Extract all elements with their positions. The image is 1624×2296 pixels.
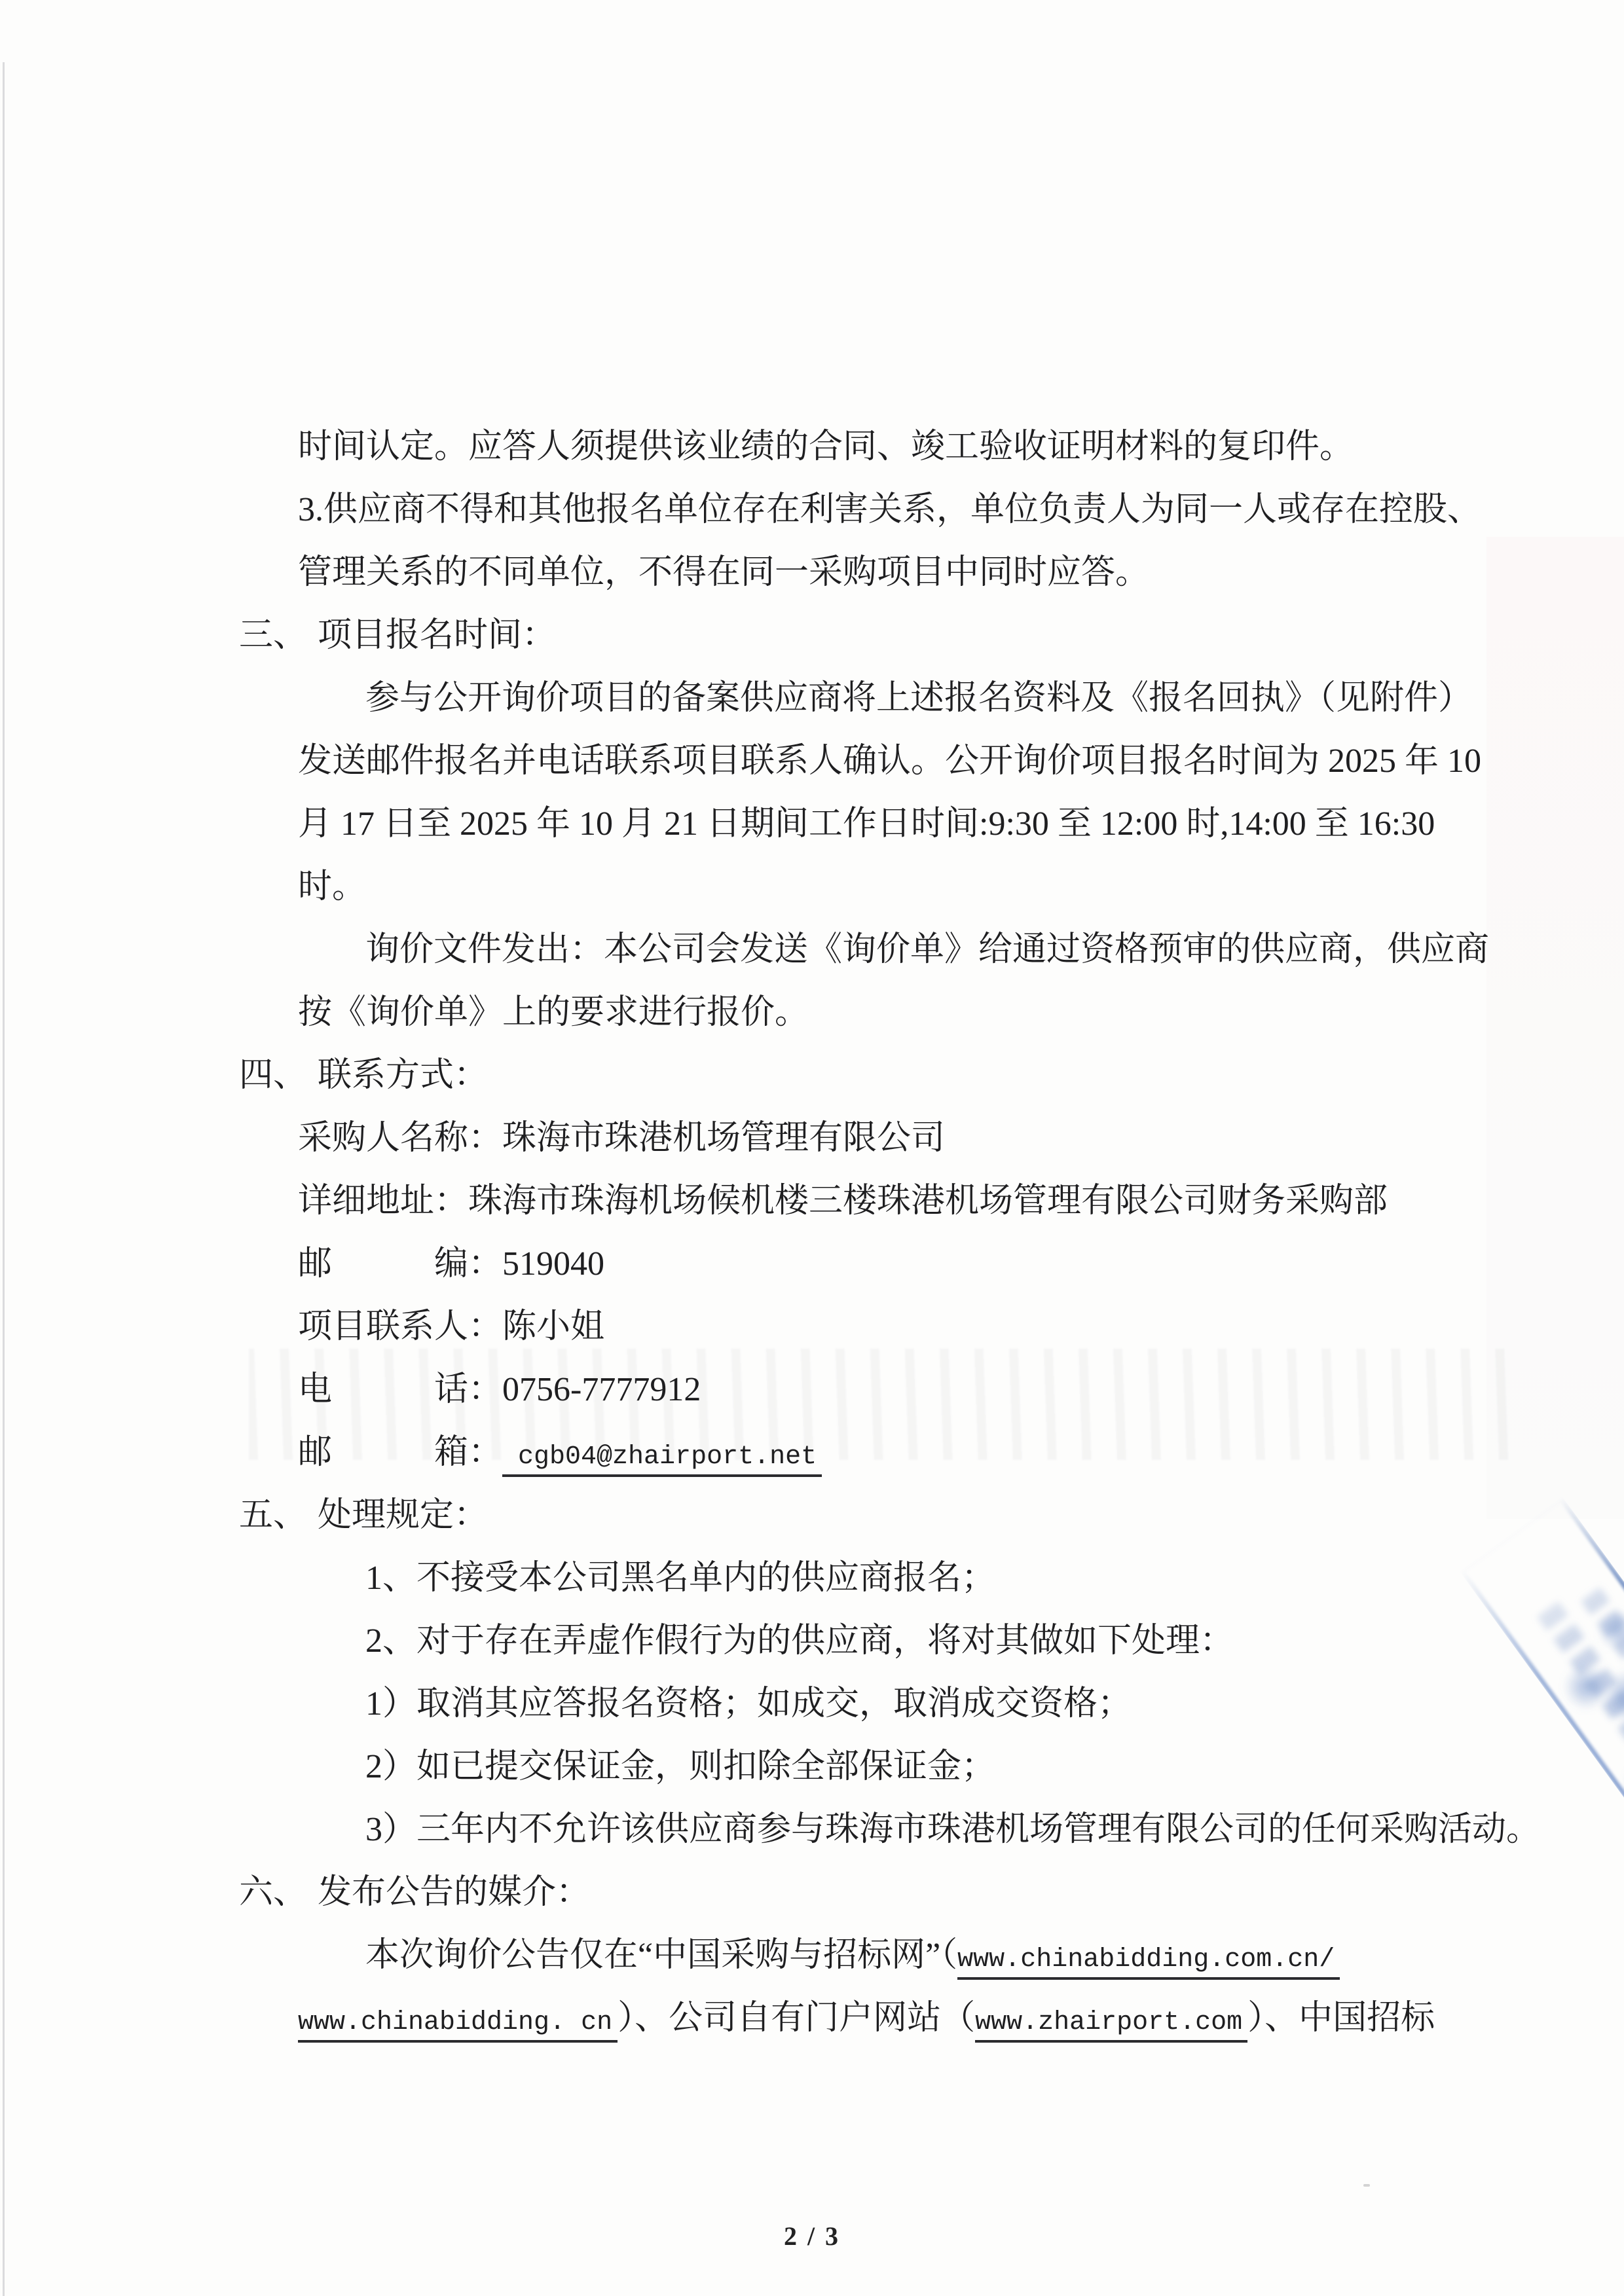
scanned-document-page: 时间认定。应答人须提供该业绩的合同、竣工验收证明材料的复印件。3.供应商不得和其… bbox=[0, 0, 1624, 2296]
text-run: 2）如已提交保证金，则扣除全部保证金； bbox=[365, 1748, 995, 1785]
text-run: 项目联系人：陈小姐 bbox=[298, 1308, 604, 1345]
document-text: 时间认定。应答人须提供该业绩的合同、竣工验收证明材料的复印件。3.供应商不得和其… bbox=[0, 416, 1624, 2050]
doc-line: 2、对于存在弄虚作假行为的供应商，将对其做如下处理： bbox=[0, 1610, 1624, 1673]
text-run: 详细地址：珠海市珠海机场候机楼三楼珠港机场管理有限公司财务采购部 bbox=[298, 1182, 1388, 1220]
text-run: 电 话：0756-7777912 bbox=[298, 1371, 701, 1408]
doc-line: 采购人名称：珠海市珠港机场管理有限公司 bbox=[0, 1107, 1624, 1170]
text-run: 采购人名称：珠海市珠港机场管理有限公司 bbox=[298, 1120, 945, 1157]
section-heading-line: 五、处理规定： bbox=[0, 1484, 1624, 1547]
doc-line: www.chinabidding. cn）、公司自有门户网站（www.zhair… bbox=[0, 1987, 1624, 2050]
page-number: 2 / 3 bbox=[0, 2221, 1624, 2251]
section-number: 五、 bbox=[239, 1497, 307, 1534]
doc-line: 询价文件发出：本公司会发送《询价单》给通过资格预审的供应商，供应商 bbox=[0, 919, 1624, 981]
text-run: 按《询价单》上的要求进行报价。 bbox=[298, 994, 809, 1031]
text-run: 本次询价公告仅在“中国采购与招标网”（ bbox=[365, 1937, 957, 1974]
underlined-url-text: www.chinabidding.com.cn/ bbox=[957, 1945, 1340, 1980]
doc-line: 详细地址：珠海市珠海机场候机楼三楼珠港机场管理有限公司财务采购部 bbox=[0, 1170, 1624, 1233]
doc-line: 发送邮件报名并电话联系项目联系人确认。公开询价项目报名时间为 2025 年 10 bbox=[0, 730, 1624, 793]
text-run: 联系方式： bbox=[318, 1057, 488, 1094]
doc-line: 按《询价单》上的要求进行报价。 bbox=[0, 981, 1624, 1044]
text-run: 3）三年内不允许该供应商参与珠海市珠港机场管理有限公司的任何采购活动。 bbox=[365, 1811, 1540, 1848]
doc-line: 时。 bbox=[0, 856, 1624, 919]
text-run: 发送邮件报名并电话联系项目联系人确认。公开询价项目报名时间为 2025 年 10 bbox=[298, 742, 1481, 780]
doc-line: 邮 箱： cgb04@zhairport.net bbox=[0, 1421, 1624, 1484]
text-run: 时间认定。应答人须提供该业绩的合同、竣工验收证明材料的复印件。 bbox=[298, 428, 1354, 465]
section-heading-line: 三、项目报名时间： bbox=[0, 604, 1624, 667]
text-run: 邮 箱： bbox=[298, 1434, 502, 1471]
scan-speck bbox=[1363, 2184, 1370, 2187]
underlined-url-text: www.chinabidding. cn bbox=[298, 2008, 618, 2043]
underlined-url-text: www.zhairport.com bbox=[975, 2008, 1247, 2043]
text-run: 3.供应商不得和其他报名单位存在利害关系，单位负责人为同一人或存在控股、 bbox=[298, 491, 1481, 528]
section-number: 四、 bbox=[239, 1057, 307, 1094]
text-run: 2、对于存在弄虚作假行为的供应商，将对其做如下处理： bbox=[365, 1622, 1234, 1660]
doc-line: 3）三年内不允许该供应商参与珠海市珠港机场管理有限公司的任何采购活动。 bbox=[0, 1798, 1624, 1861]
doc-line: 1、不接受本公司黑名单内的供应商报名； bbox=[0, 1547, 1624, 1610]
text-run: 管理关系的不同单位，不得在同一采购项目中同时应答。 bbox=[298, 554, 1149, 591]
doc-line: 电 话：0756-7777912 bbox=[0, 1358, 1624, 1421]
text-run: 邮 编：519040 bbox=[298, 1245, 604, 1283]
doc-line: 本次询价公告仅在“中国采购与招标网”（www.chinabidding.com.… bbox=[0, 1924, 1624, 1987]
section-number: 三、 bbox=[239, 617, 307, 654]
section-heading-line: 四、联系方式： bbox=[0, 1044, 1624, 1107]
doc-line: 项目联系人：陈小姐 bbox=[0, 1296, 1624, 1358]
text-run: 项目报名时间： bbox=[318, 617, 556, 654]
text-run: 发布公告的媒介： bbox=[318, 1874, 590, 1911]
doc-line: 管理关系的不同单位，不得在同一采购项目中同时应答。 bbox=[0, 541, 1624, 604]
text-run: ）、公司自有门户网站（ bbox=[618, 1999, 975, 2037]
text-run: 询价文件发出：本公司会发送《询价单》给通过资格预审的供应商，供应商 bbox=[365, 931, 1489, 968]
text-run: 月 17 日至 2025 年 10 月 21 日期间工作日时间:9:30 至 1… bbox=[298, 805, 1435, 843]
text-run: 1）取消其应答报名资格；如成交，取消成交资格； bbox=[365, 1685, 1132, 1722]
doc-line: 2）如已提交保证金，则扣除全部保证金； bbox=[0, 1736, 1624, 1798]
text-run: 时。 bbox=[298, 868, 366, 905]
doc-line: 邮 编：519040 bbox=[0, 1233, 1624, 1296]
section-heading-line: 六、发布公告的媒介： bbox=[0, 1861, 1624, 1924]
doc-line: 1）取消其应答报名资格；如成交，取消成交资格； bbox=[0, 1673, 1624, 1736]
doc-line: 月 17 日至 2025 年 10 月 21 日期间工作日时间:9:30 至 1… bbox=[0, 793, 1624, 856]
doc-line: 3.供应商不得和其他报名单位存在利害关系，单位负责人为同一人或存在控股、 bbox=[0, 479, 1624, 541]
doc-line: 参与公开询价项目的备案供应商将上述报名资料及《报名回执》（见附件） bbox=[0, 667, 1624, 730]
text-run: 处理规定： bbox=[318, 1497, 488, 1534]
underlined-url-text: cgb04@zhairport.net bbox=[502, 1442, 822, 1477]
section-number: 六、 bbox=[239, 1874, 307, 1911]
doc-line: 时间认定。应答人须提供该业绩的合同、竣工验收证明材料的复印件。 bbox=[0, 416, 1624, 479]
text-run: 参与公开询价项目的备案供应商将上述报名资料及《报名回执》（见附件） bbox=[365, 680, 1472, 717]
text-run: ）、中国招标 bbox=[1247, 1999, 1435, 2037]
text-run: 1、不接受本公司黑名单内的供应商报名； bbox=[365, 1559, 995, 1597]
